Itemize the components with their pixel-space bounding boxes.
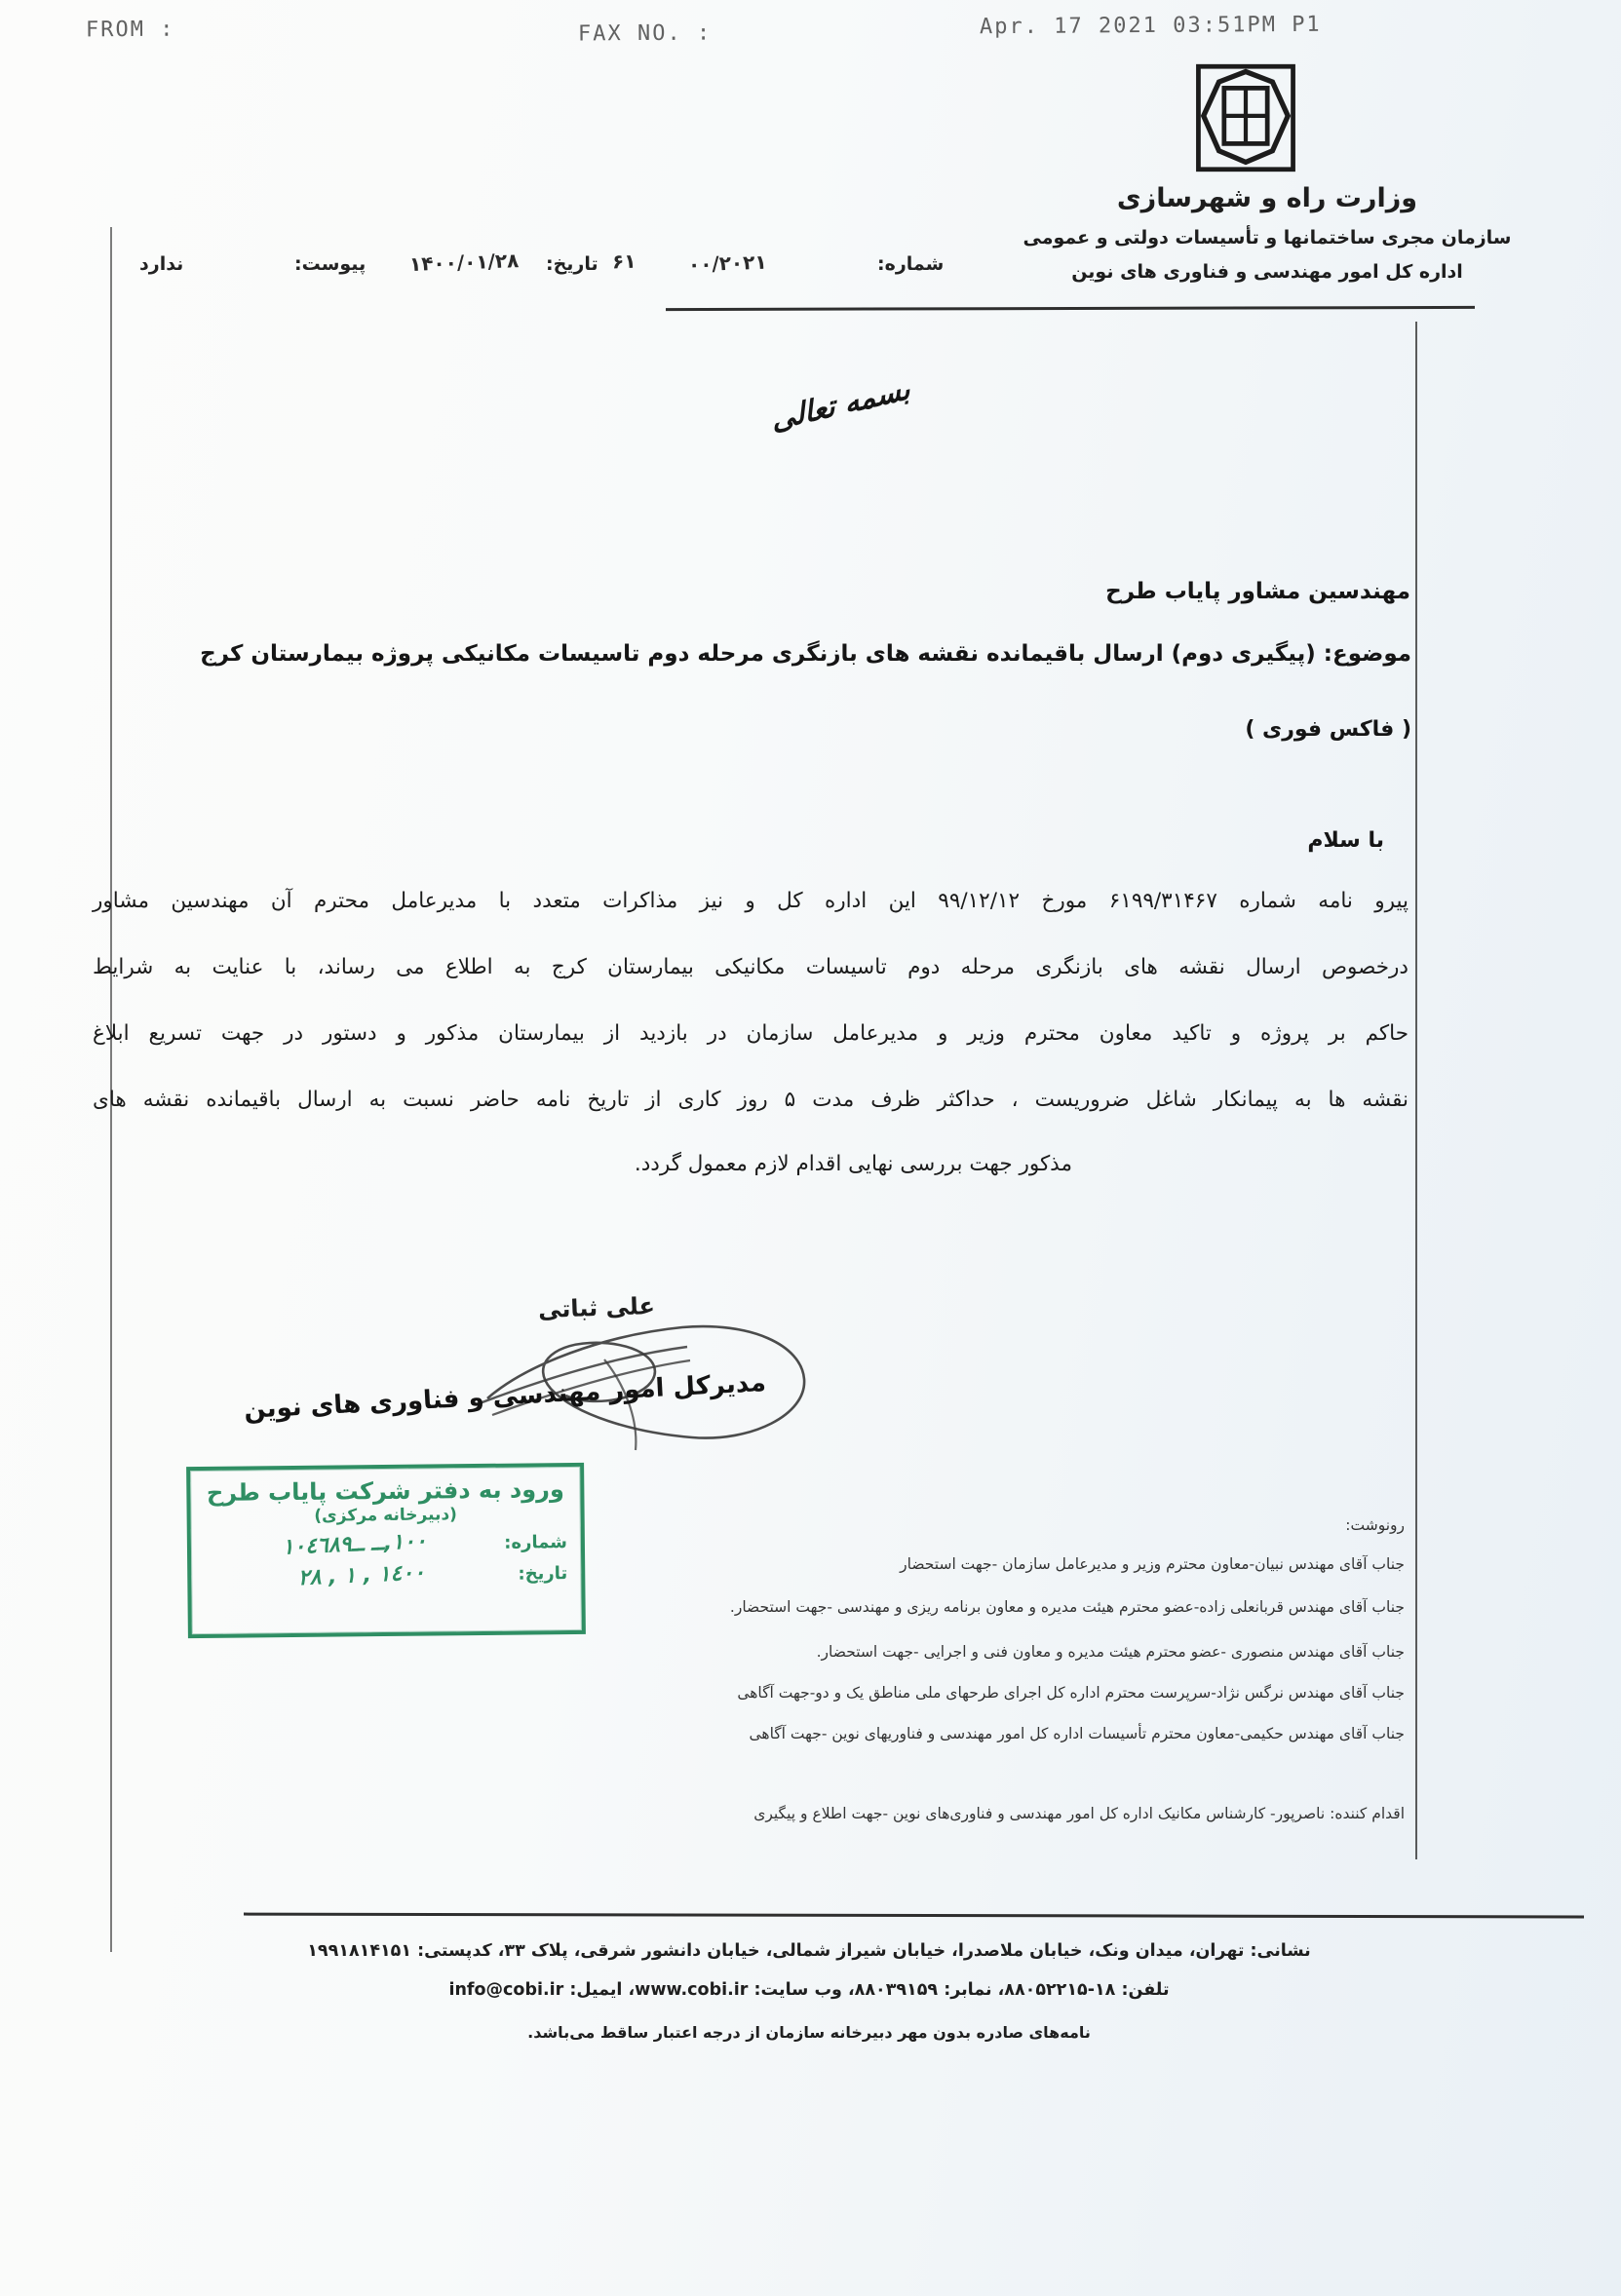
cc-action-line: اقدام کننده: ناصرپور- کارشناس مکانیک ادا…: [753, 1805, 1405, 1822]
stamp-date-label: تاریخ:: [518, 1563, 567, 1585]
cc-item: جناب آقای مهندس قربانعلی زاده-عضو محترم …: [730, 1598, 1405, 1616]
body-line: حاکم بر پروژه و تاکید معاون محترم وزیر و…: [93, 1021, 1409, 1046]
urgency-line: ( فاکس فوری ): [1245, 717, 1411, 742]
cc-item: جناب آقای مهندس نبیان-معاون محترم وزیر و…: [900, 1555, 1405, 1573]
cc-label: رونوشت:: [1345, 1516, 1405, 1534]
ref-attachment-label: پیوست:: [294, 253, 366, 275]
cc-item: جناب آقای مهندس حکیمی-معاون محترم تأسیسا…: [749, 1725, 1405, 1742]
ref-number-value-2: ۶۱: [612, 249, 637, 274]
stamp-number-label: شماره:: [504, 1532, 567, 1553]
ref-number-value: ۰۰/۲۰۲۱: [688, 250, 767, 277]
stamp-number-value: ١٠٠,ــ ــ١٠٤٦٨٩: [205, 1525, 505, 1563]
stamp-date-row: تاریخ: ١٤٠٠ , ١ , ٢٨: [191, 1561, 581, 1589]
stamp-date-value: ١٤٠٠ , ١ , ٢٨: [205, 1556, 519, 1595]
ministry-title: وزارت راه و شهرسازی: [1004, 183, 1530, 213]
fax-timestamp: Apr. 17 2021 03:51PM P1: [980, 13, 1322, 39]
letterhead-rule: [666, 306, 1475, 311]
body-line: پیرو نامه شماره ۶۱۹۹/۳۱۴۶۷ مورخ ۹۹/۱۲/۱۲…: [93, 889, 1409, 913]
ref-number-label: شماره:: [877, 253, 944, 275]
octagon-window-emblem-icon: [1194, 62, 1297, 173]
footer-rule: [244, 1913, 1584, 1918]
receipt-stamp: ورود به دفتر شرکت پایاب طرح (دبیرخانه مر…: [186, 1463, 586, 1638]
right-border-line: [1415, 322, 1417, 1859]
stamp-number-row: شماره: ١٠٠,ــ ــ١٠٤٦٨٩: [191, 1530, 581, 1558]
organization-title: سازمان مجری ساختمانها و تأسیسات دولتی و …: [1004, 227, 1530, 249]
body-line: درخصوص ارسال نقشه های بازنگری مرحله دوم …: [93, 955, 1409, 979]
body-line: نقشه ها به پیمانکار شاغل ضروریست ، حداکث…: [93, 1088, 1409, 1112]
cc-item: جناب آقای مهندس منصوری -عضو محترم هیئت م…: [817, 1643, 1405, 1661]
ref-attachment-value: ندارد: [139, 253, 183, 275]
stamp-subtitle: (دبیرخانه مرکزی): [191, 1504, 581, 1527]
department-title: اداره کل امور مهندسی و فناوری های نوین: [1004, 261, 1530, 283]
fax-number-label: FAX NO. :: [578, 21, 712, 47]
stamp-title: ورود به دفتر شرکت پایاب طرح: [190, 1475, 580, 1507]
ref-date-value: ۱۴۰۰/۰۱/۲۸: [409, 249, 520, 276]
cc-item: جناب آقای مهندس نرگس نژاد-سرپرست محترم ا…: [737, 1684, 1405, 1702]
ref-date-label: تاریخ:: [546, 253, 598, 275]
footer-validity-note: نامه‌های صادره بدون مهر دبیرخانه سازمان …: [117, 2023, 1501, 2042]
bismillah-calligraphy: بسمه تعالی: [770, 372, 912, 439]
subject-line: موضوع: (پیگیری دوم) ارسال باقیمانده نقشه…: [200, 641, 1411, 667]
body-line: مذکور جهت بررسی نهایی اقدام لازم معمول گ…: [635, 1152, 1072, 1176]
recipient-line: مهندسین مشاور پایاب طرح: [1105, 579, 1410, 604]
salutation: با سلام: [1307, 828, 1384, 853]
footer-contact: تلفن: ۱۸-۸۸۰۵۲۲۱۵، نمابر: ۸۸۰۳۹۱۵۹، وب س…: [117, 1980, 1501, 2000]
scanned-fax-letter: FROM : FAX NO. : Apr. 17 2021 03:51PM P1…: [0, 0, 1621, 2296]
footer-address: نشانی: تهران، میدان ونک، خیابان ملاصدرا،…: [117, 1941, 1501, 1961]
fax-from-label: FROM :: [86, 18, 175, 43]
letterhead: وزارت راه و شهرسازی سازمان مجری ساختمانه…: [1004, 183, 1530, 283]
